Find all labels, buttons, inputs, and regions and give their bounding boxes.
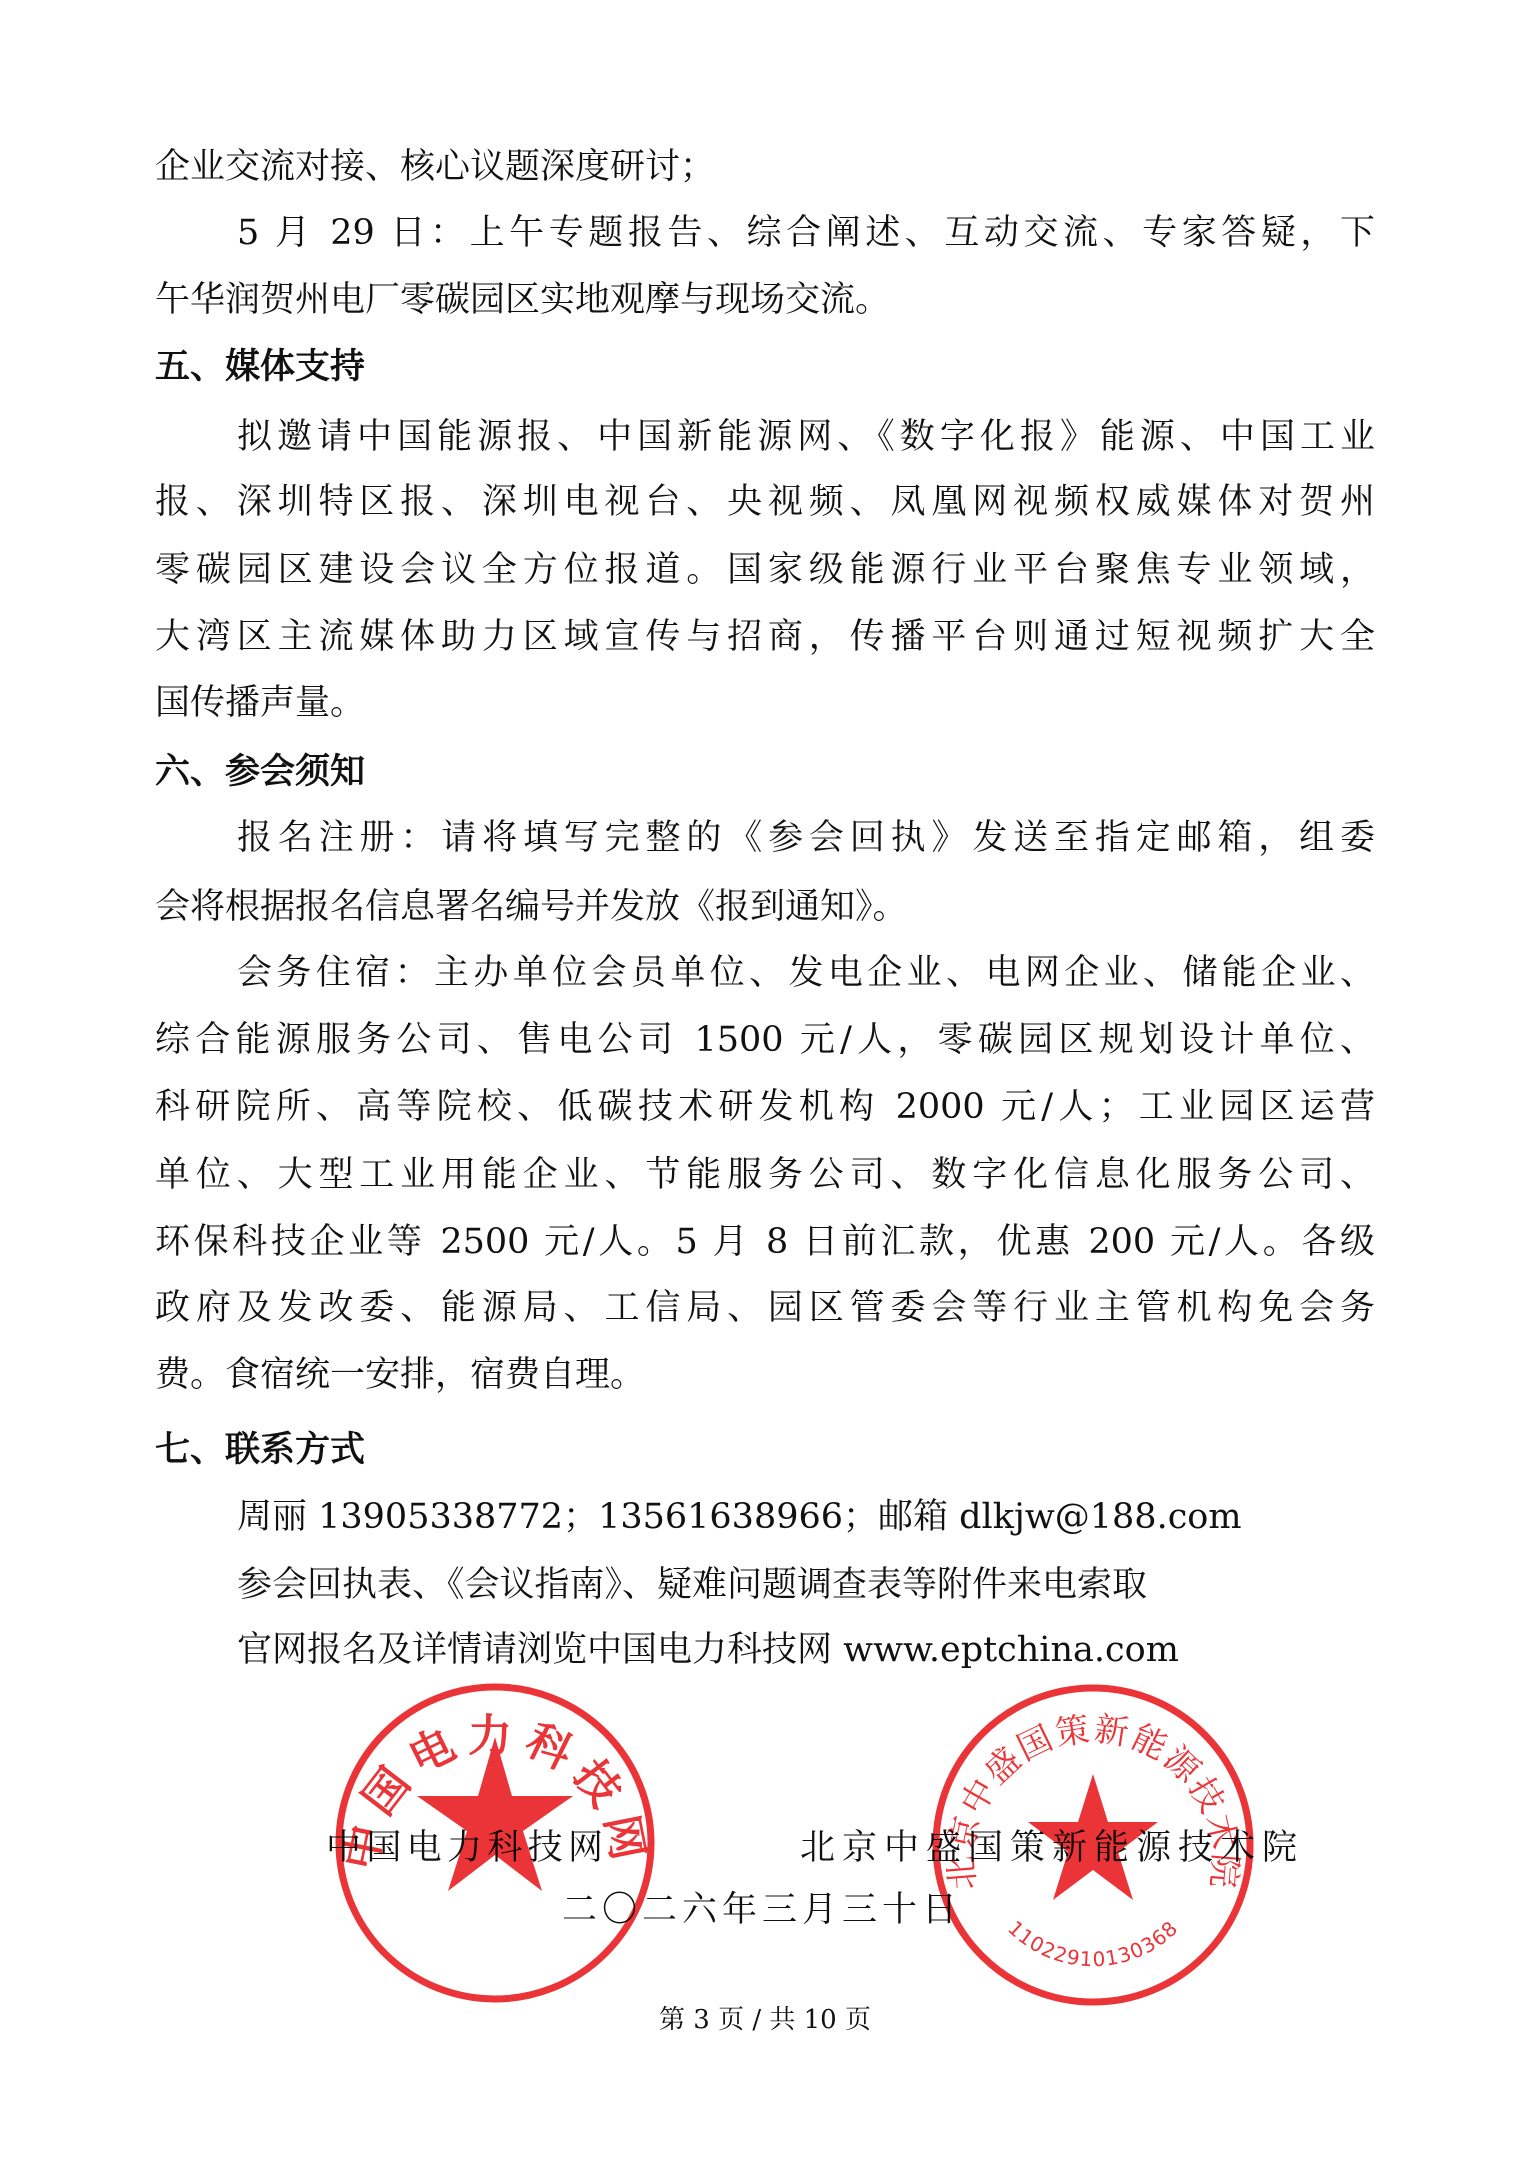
body-line: 报名注册：请将填写完整的《参会回执》发送至指定邮箱，组委 [237,805,1375,872]
body-line: 科研院所、高等院校、低碳技术研发机构 2000 元/人；工业园区运营 [155,1074,1375,1141]
contact-phone-email: 周丽 13905338772；13561638966；邮箱 dlkjw@188.… [237,1484,1375,1551]
stamp-left: 中国电力科技网 [333,1681,657,2005]
body-line: 企业交流对接、核心议题深度研讨； [155,134,715,201]
page-number: 第 3 页 / 共 10 页 [640,2002,890,2038]
stamp-seal-icon: 北京中盛国策新能源技术院 11022910130368 [930,1682,1256,2008]
star-icon [1028,1774,1158,1900]
body-line: 报、深圳特区报、深圳电视台、央视频、凤凰网视频权威媒体对贺州 [155,469,1375,536]
body-line: 政府及发改委、能源局、工信局、园区管委会等行业主管机构免会务 [155,1275,1375,1342]
stamp-seal-icon: 中国电力科技网 [333,1681,657,2005]
body-line: 费。食宿统一安排，宿费自理。 [155,1342,1375,1409]
body-line: 单位、大型工业用能企业、节能服务公司、数字化信息化服务公司、 [155,1142,1375,1209]
body-line: 综合能源服务公司、售电公司 1500 元/人，零碳园区规划设计单位、 [155,1007,1375,1074]
body-line: 环保科技企业等 2500 元/人。5 月 8 日前汇款，优惠 200 元/人。各… [155,1209,1375,1276]
body-line: 拟邀请中国能源报、中国新能源网、《数字化报》能源、中国工业 [237,404,1375,471]
stamp-right: 北京中盛国策新能源技术院 11022910130368 [930,1682,1256,2008]
body-line: 午华润贺州电厂零碳园区实地观摩与现场交流。 [155,267,1375,334]
contact-attachments-note: 参会回执表、《会议指南》、疑难问题调查表等附件来电索取 [237,1552,1375,1619]
contact-website: 官网报名及详情请浏览中国电力科技网 www.eptchina.com [237,1617,1375,1684]
section-heading-attendance-notice: 六、参会须知 [155,739,1375,806]
body-line: 国传播声量。 [155,670,1375,737]
body-line: 5 月 29 日：上午专题报告、综合阐述、互动交流、专家答疑，下 [237,200,1375,267]
body-line: 零碳园区建设会议全方位报道。国家级能源行业平台聚焦专业领域， [155,537,1375,604]
body-line: 会将根据报名信息署名编号并发放《报到通知》。 [155,874,1375,941]
svg-text:11022910130368: 11022910130368 [1003,1916,1183,1972]
section-heading-media-support: 五、媒体支持 [155,334,1375,401]
body-line: 大湾区主流媒体助力区域宣传与招商，传播平台则通过短视频扩大全 [155,604,1375,671]
section-heading-contact: 七、联系方式 [155,1417,1375,1484]
body-line: 会务住宿：主办单位会员单位、发电企业、电网企业、储能企业、 [237,940,1375,1007]
document-page: 企业交流对接、核心议题深度研讨； 5 月 29 日：上午专题报告、综合阐述、互动… [0,0,1530,2164]
